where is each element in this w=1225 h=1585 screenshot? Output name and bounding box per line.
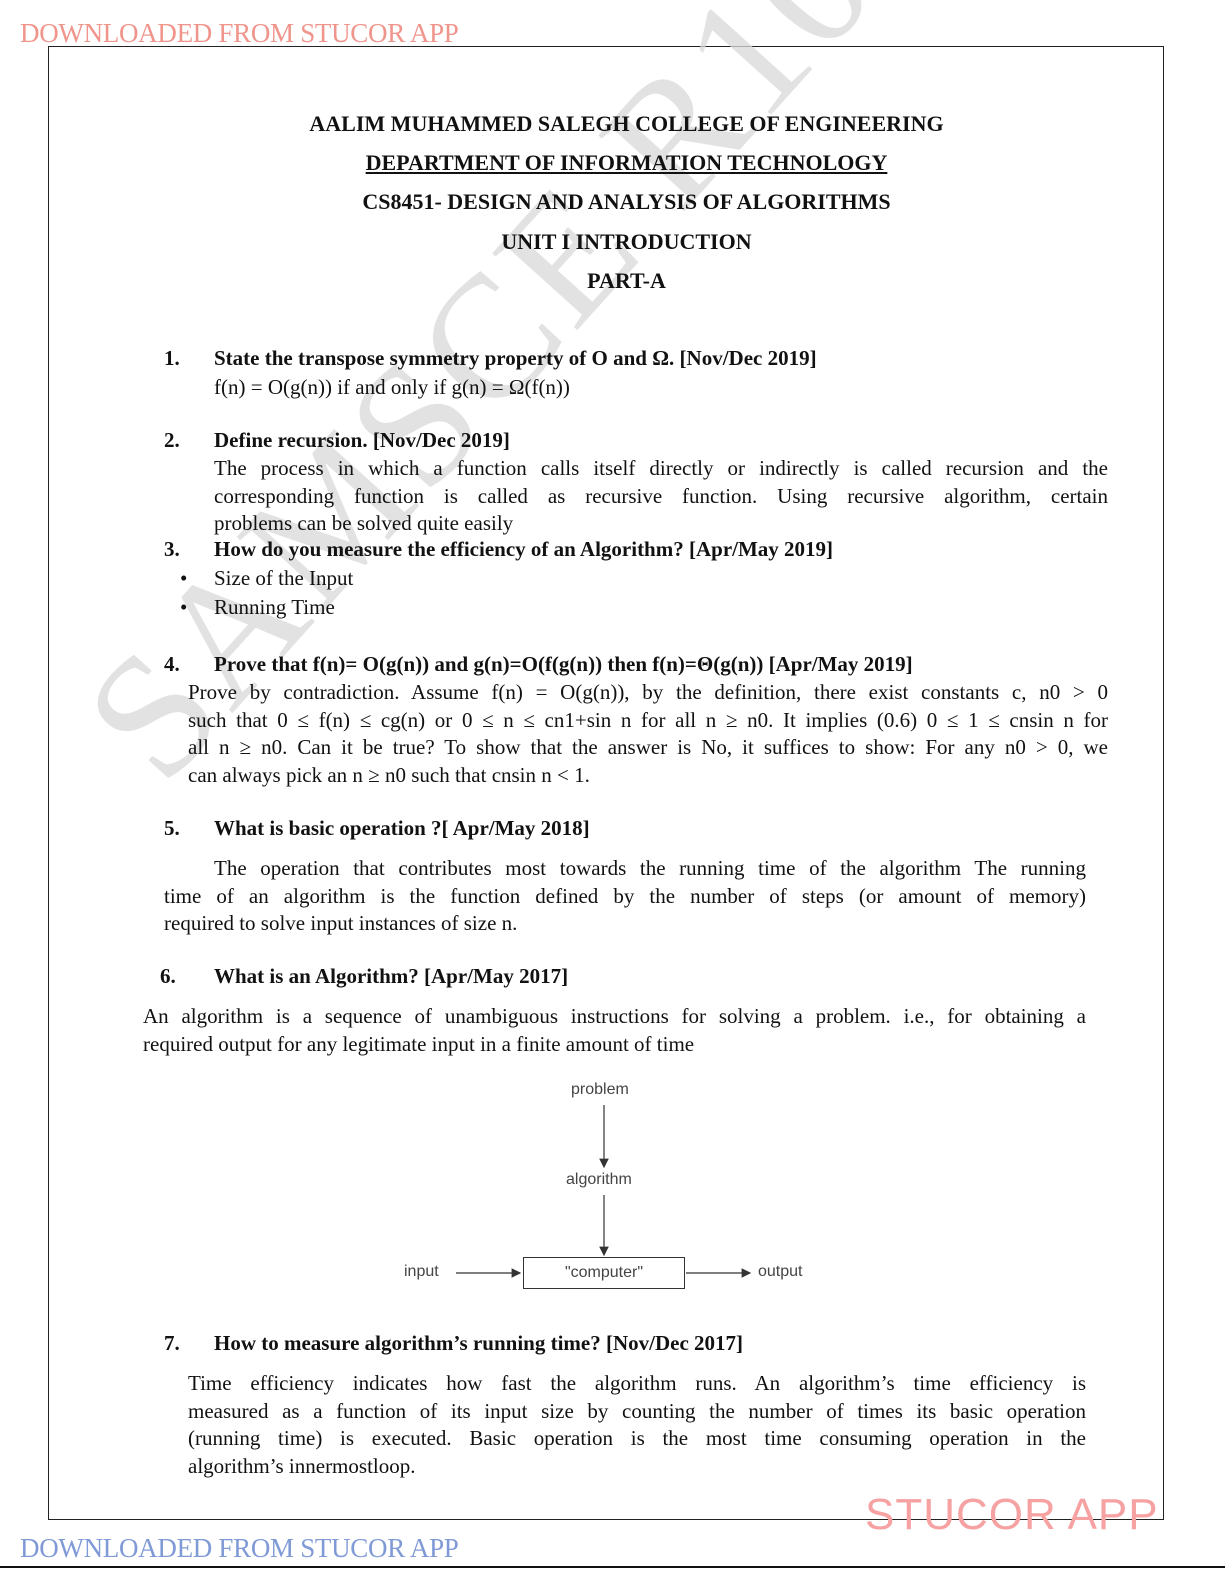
bullet-icon: • <box>180 566 187 591</box>
question-title: How do you measure the efficiency of an … <box>214 537 833 562</box>
bullet-icon: • <box>180 595 187 620</box>
answer-line: can always pick an n ≥ n0 such that cnsi… <box>188 762 1108 790</box>
question-number: 7. <box>164 1331 180 1356</box>
question-number: 1. <box>164 346 180 371</box>
question-number: 5. <box>164 816 180 841</box>
question-title: How to measure algorithm’s running time?… <box>214 1331 743 1356</box>
answer-line: all n ≥ n0. Can it be true? To show that… <box>188 734 1108 762</box>
answer-line: f(n) = O(g(n)) if and only if g(n) = Ω(f… <box>214 374 1094 402</box>
bullet-text: Size of the Input <box>214 566 353 591</box>
answer-line: Prove by contradiction. Assume f(n) = O(… <box>188 679 1108 707</box>
answer-line: algorithm’s innermostloop. <box>188 1453 1086 1481</box>
question-title: What is an Algorithm? [Apr/May 2017] <box>214 964 568 989</box>
question-title: What is basic operation ?[ Apr/May 2018] <box>214 816 590 841</box>
question-title: Define recursion. [Nov/Dec 2019] <box>214 428 510 453</box>
answer-line: such that 0 ≤ f(n) ≤ cg(n) or 0 ≤ n ≤ cn… <box>188 707 1108 735</box>
course-title: CS8451- DESIGN AND ANALYSIS OF ALGORITHM… <box>0 189 1225 215</box>
question-number: 3. <box>164 537 180 562</box>
answer-line: Time efficiency indicates how fast the a… <box>188 1370 1086 1398</box>
diagram-label-input: input <box>404 1263 439 1281</box>
part-title: PART-A <box>0 268 1225 294</box>
answer-1: f(n) = O(g(n)) if and only if g(n) = Ω(f… <box>214 374 1094 402</box>
algorithm-diagram: problem algorithm input "computer" outpu… <box>390 1075 830 1305</box>
diagram-label-problem: problem <box>571 1081 629 1099</box>
question-title: Prove that f(n)= O(g(n)) and g(n)=O(f(g(… <box>214 652 913 677</box>
answer-4: Prove by contradiction. Assume f(n) = O(… <box>188 679 1108 789</box>
answer-line: measured as a function of its input size… <box>188 1398 1086 1426</box>
answer-5: The operation that contributes most towa… <box>164 855 1086 938</box>
answer-6: An algorithm is a sequence of unambiguou… <box>143 1003 1086 1058</box>
diagram-label-algorithm: algorithm <box>566 1171 632 1189</box>
answer-line: corresponding function is called as recu… <box>214 483 1108 511</box>
question-number: 2. <box>164 428 180 453</box>
answer-line: required to solve input instances of siz… <box>164 910 1086 938</box>
answer-line: The process in which a function calls it… <box>214 455 1108 483</box>
question-title: State the transpose symmetry property of… <box>214 346 817 371</box>
answer-7: Time efficiency indicates how fast the a… <box>188 1370 1086 1480</box>
bullet-text: Running Time <box>214 595 335 620</box>
answer-2: The process in which a function calls it… <box>214 455 1108 538</box>
answer-line: The operation that contributes most towa… <box>164 855 1086 883</box>
answer-line: problems can be solved quite easily <box>214 510 1108 538</box>
college-name: AALIM MUHAMMED SALEGH COLLEGE OF ENGINEE… <box>0 111 1225 137</box>
diagram-label-output: output <box>758 1263 802 1281</box>
question-number: 6. <box>160 964 176 989</box>
question-number: 4. <box>164 652 180 677</box>
answer-line: time of an algorithm is the function def… <box>164 883 1086 911</box>
diagram-computer-box: "computer" <box>523 1257 685 1289</box>
answer-line: (running time) is executed. Basic operat… <box>188 1425 1086 1453</box>
answer-line: An algorithm is a sequence of unambiguou… <box>143 1003 1086 1031</box>
answer-line: required output for any legitimate input… <box>143 1031 1086 1059</box>
unit-title: UNIT I INTRODUCTION <box>0 229 1225 255</box>
department-name: DEPARTMENT OF INFORMATION TECHNOLOGY <box>0 150 1225 176</box>
document-page: AALIM MUHAMMED SALEGH COLLEGE OF ENGINEE… <box>0 0 1225 1585</box>
